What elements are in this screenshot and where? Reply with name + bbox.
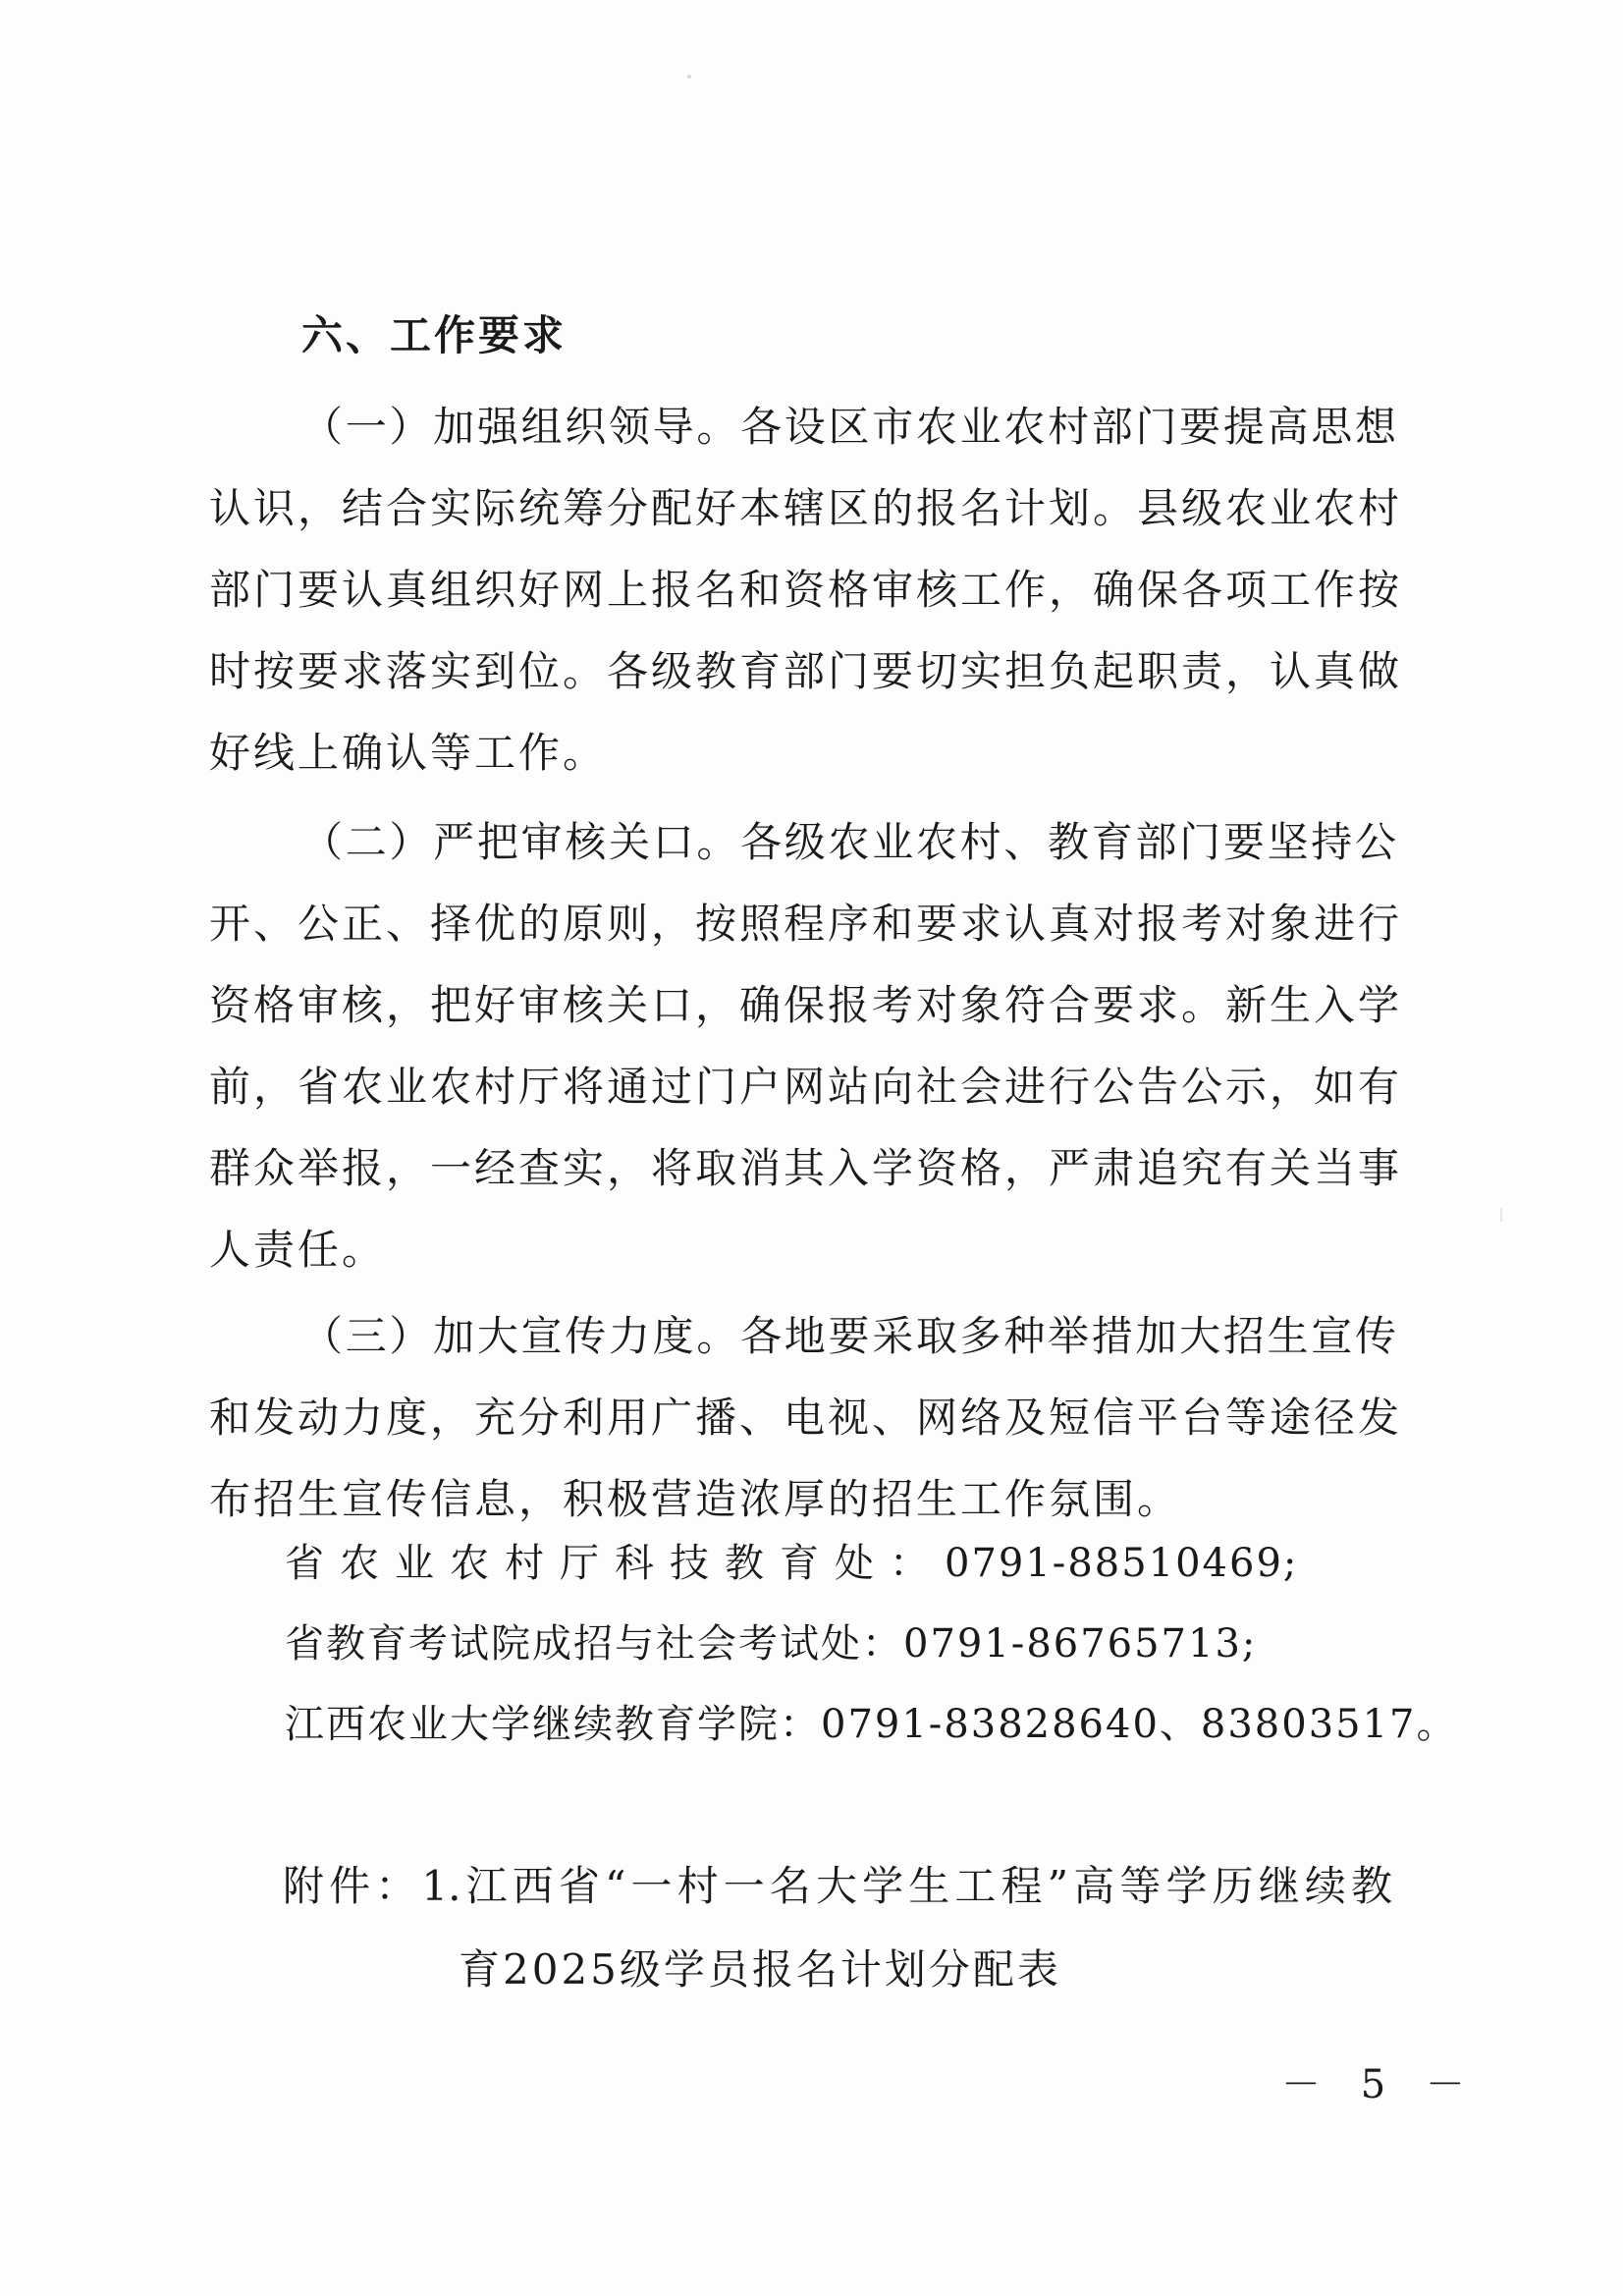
- paragraph-3-line-2: 和发动力度，充分利用广播、电视、网络及短信平台等途径发: [209, 1389, 1399, 1448]
- paragraph-2-line-6: 人责任。: [209, 1221, 386, 1280]
- paragraph-2-line-4: 前，省农业农村厅将通过门户网站向社会进行公告公示，如有: [209, 1058, 1399, 1117]
- paragraph-3-line-1: （三）加大宣传力度。各地要采取多种举措加大招生宣传: [301, 1307, 1396, 1366]
- page-number: － 5 －: [1281, 2060, 1479, 2109]
- contact-3-office: 江西农业大学继续教育学院：: [285, 1702, 821, 1747]
- paragraph-2-line-2: 开、公正、择优的原则，按照程序和要求认真对报考对象进行: [209, 895, 1399, 954]
- paragraph-1-line-4: 时按要求落实到位。各级教育部门要切实担负起职责，认真做: [209, 642, 1399, 701]
- contact-1-office: 省农业农村厅科技教育处：: [285, 1541, 945, 1586]
- paragraph-2-line-3: 资格审核，把好审核关口，确保报考对象符合要求。新生入学: [209, 976, 1399, 1035]
- paragraph-2-line-1: （二）严把审核关口。各级农业农村、教育部门要坚持公: [301, 813, 1396, 872]
- contact-3: 江西农业大学继续教育学院：0791-83828640、83803517。: [285, 1695, 1458, 1754]
- scan-mark: [1500, 1208, 1502, 1222]
- paragraph-3-line-3: 布招生宣传信息，积极营造浓厚的招生工作氛围。: [209, 1470, 1181, 1529]
- paragraph-1-line-2: 认识，结合实际统筹分配好本辖区的报名计划。县级农业农村: [209, 479, 1399, 538]
- paragraph-2-line-5: 群众举报，一经查实，将取消其入学资格，严肃追究有关当事: [209, 1139, 1399, 1198]
- contact-3-phone: 0791-83828640、83803517。: [821, 1702, 1458, 1747]
- section-heading: 六、工作要求: [301, 306, 567, 365]
- document-page: 六、工作要求 （一）加强组织领导。各设区市农业农村部门要提高思想 认识，结合实际…: [0, 0, 1623, 2296]
- paragraph-1-line-1: （一）加强组织领导。各设区市农业农村部门要提高思想: [301, 398, 1396, 457]
- paragraph-1-line-5: 好线上确认等工作。: [209, 724, 607, 783]
- contact-1-phone: 0791-88510469;: [945, 1541, 1298, 1586]
- scan-speck: [687, 75, 691, 79]
- contact-2-office: 省教育考试院成招与社会考试处：: [285, 1621, 903, 1667]
- contact-2: 省教育考试院成招与社会考试处：0791-86765713;: [285, 1614, 1257, 1673]
- paragraph-1-line-3: 部门要认真组织好网上报名和资格审核工作，确保各项工作按: [209, 561, 1399, 620]
- contact-2-phone: 0791-86765713;: [903, 1621, 1257, 1667]
- attachment-line-1: 附件：1.江西省“一村一名大学生工程”高等学历继续教: [283, 1857, 1392, 1916]
- attachment-line-2: 育2025级学员报名计划分配表: [459, 1941, 1061, 1999]
- contact-1: 省农业农村厅科技教育处：0791-88510469;: [285, 1534, 1298, 1593]
